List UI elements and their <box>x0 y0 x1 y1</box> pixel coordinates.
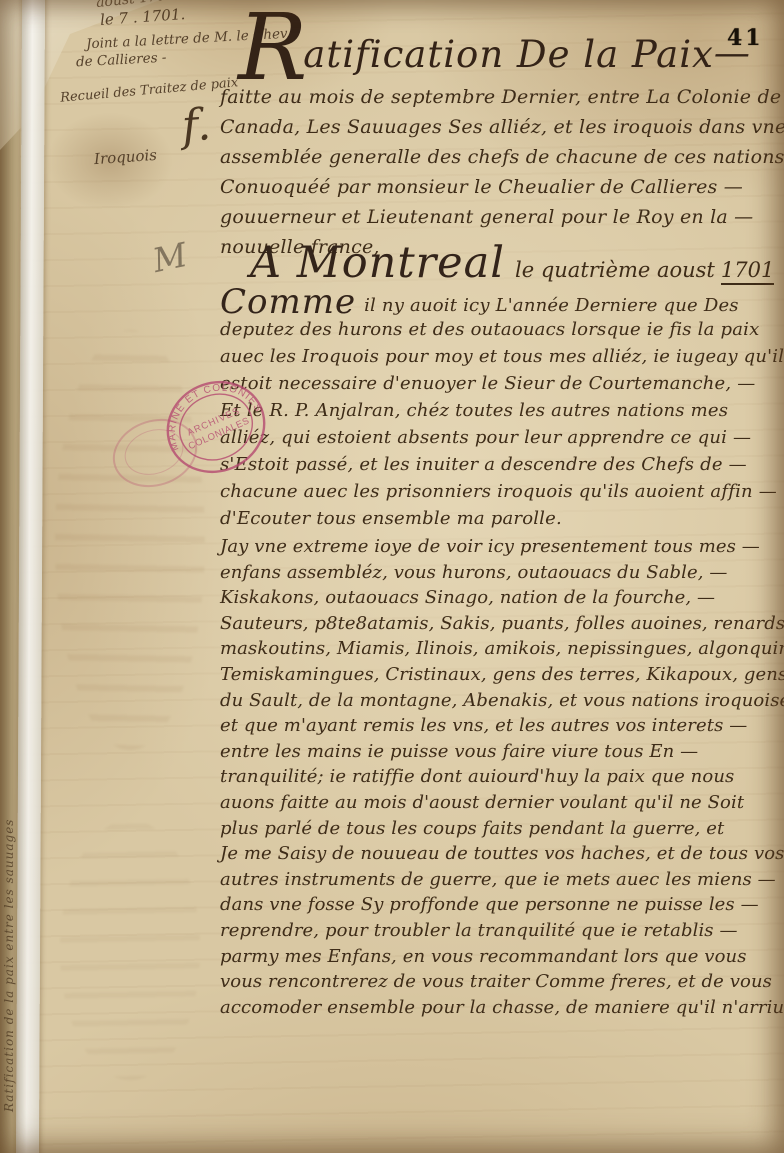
title-flourish: — <box>714 33 744 74</box>
paragraph-jay: Jay vne extreme ioye de voir icy present… <box>220 534 784 1020</box>
manuscript-line: d'Ecouter tous ensemble ma parolle. <box>220 505 784 532</box>
margin-note-joint-2: de Callieres - <box>76 50 167 71</box>
margin-note-recueil: Recueil des Traitez de paix <box>60 75 239 106</box>
preamble-paragraph: faitte au mois de septembre Dernier, ent… <box>220 82 784 262</box>
manuscript-line: Kiskakons, outaouacs Sinago, nation de l… <box>220 585 784 611</box>
ink-bleed-through <box>60 820 200 1080</box>
manuscript-line: autres instruments de guerre, que ie met… <box>220 867 784 893</box>
binding-tape <box>16 0 45 1153</box>
manuscript-line: Je me Saisy de nouueau de touttes vos ha… <box>220 841 784 867</box>
manuscript-line: du Sault, de la montagne, Abenakis, et v… <box>220 688 784 714</box>
manuscript-line: auec les Iroquois pour moy et tous mes a… <box>220 343 784 370</box>
manuscript-line: accomoder ensemble pour la chasse, de ma… <box>220 995 784 1021</box>
spine-annotation: Ratification de la paix entre les sauuag… <box>2 652 16 1112</box>
manuscript-line: gouuerneur et Lieutenant general pour le… <box>220 202 784 232</box>
dateline-place: A Montreal <box>250 238 505 288</box>
manuscript-line: Jay vne extreme ioye de voir icy present… <box>220 534 784 560</box>
line-text: il ny auoit icy L'année Derniere que Des <box>364 295 739 316</box>
dateline: A Montrealle quatrième aoust1701 <box>250 238 774 288</box>
manuscript-line: Commeil ny auoit icy L'année Derniere qu… <box>220 289 784 316</box>
manuscript-line: deputez des hurons et des outaouacs lors… <box>220 316 784 343</box>
margin-paraph-mark: f. <box>180 99 212 152</box>
dateline-text: le quatrième aoust <box>515 258 715 282</box>
title-text: atification De la Paix <box>303 33 714 76</box>
manuscript-line: Temiskamingues, Cristinaux, gens des ter… <box>220 662 784 688</box>
manuscript-line: dans vne fosse Sy proffonde que personne… <box>220 892 784 918</box>
manuscript-line: plus parlé de tous les coups faits penda… <box>220 816 784 842</box>
manuscript-line: faitte au mois de septembre Dernier, ent… <box>220 82 784 112</box>
dateline-year: 1701 <box>721 258 774 285</box>
margin-note-iroquois: Iroquois <box>93 146 157 168</box>
margin-monogram-mark: M <box>149 235 190 280</box>
manuscript-line: parmy mes Enfans, en vous recommandant l… <box>220 944 784 970</box>
manuscript-line: assemblée generalle des chefs de chacune… <box>220 142 784 172</box>
manuscript-line: alliéz, qui estoient absents pour leur a… <box>220 424 784 451</box>
manuscript-line: vous rencontrerez de vous traiter Comme … <box>220 969 784 995</box>
manuscript-line: maskoutins, Miamis, Ilinois, amikois, ne… <box>220 636 784 662</box>
manuscript-line: s'Estoit passé, et les inuiter a descend… <box>220 451 784 478</box>
paragraph-comme: Commeil ny auoit icy L'année Derniere qu… <box>220 289 784 532</box>
manuscript-line: auons faitte au mois d'aoust dernier vou… <box>220 790 784 816</box>
manuscript-line: entre les mains ie puisse vous faire viu… <box>220 739 784 765</box>
manuscript-line: et que m'ayant remis les vns, et les aut… <box>220 713 784 739</box>
manuscript-line: reprendre, pour troubler la tranquilité … <box>220 918 784 944</box>
manuscript-line: Canada, Les Sauuages Ses alliéz, et les … <box>220 112 784 142</box>
manuscript-line: estoit necessaire d'enuoyer le Sieur de … <box>220 370 784 397</box>
manuscript-line: tranquilité; ie ratiffie dont auiourd'hu… <box>220 764 784 790</box>
manuscript-line: enfans assembléz, vous hurons, outaouacs… <box>220 560 784 586</box>
manuscript-line: Conuoquéé par monsieur le Cheualier de C… <box>220 172 784 202</box>
manuscript-page: aoust 1701 le 7 . 1701. Joint a la lettr… <box>0 0 784 1153</box>
manuscript-line: Et le R. P. Anjalran, chéz toutes les au… <box>220 397 784 424</box>
manuscript-line: Sauteurs, p8te8atamis, Sakis, puants, fo… <box>220 611 784 637</box>
manuscript-line: chacune auec les prisonniers iroquois qu… <box>220 478 784 505</box>
